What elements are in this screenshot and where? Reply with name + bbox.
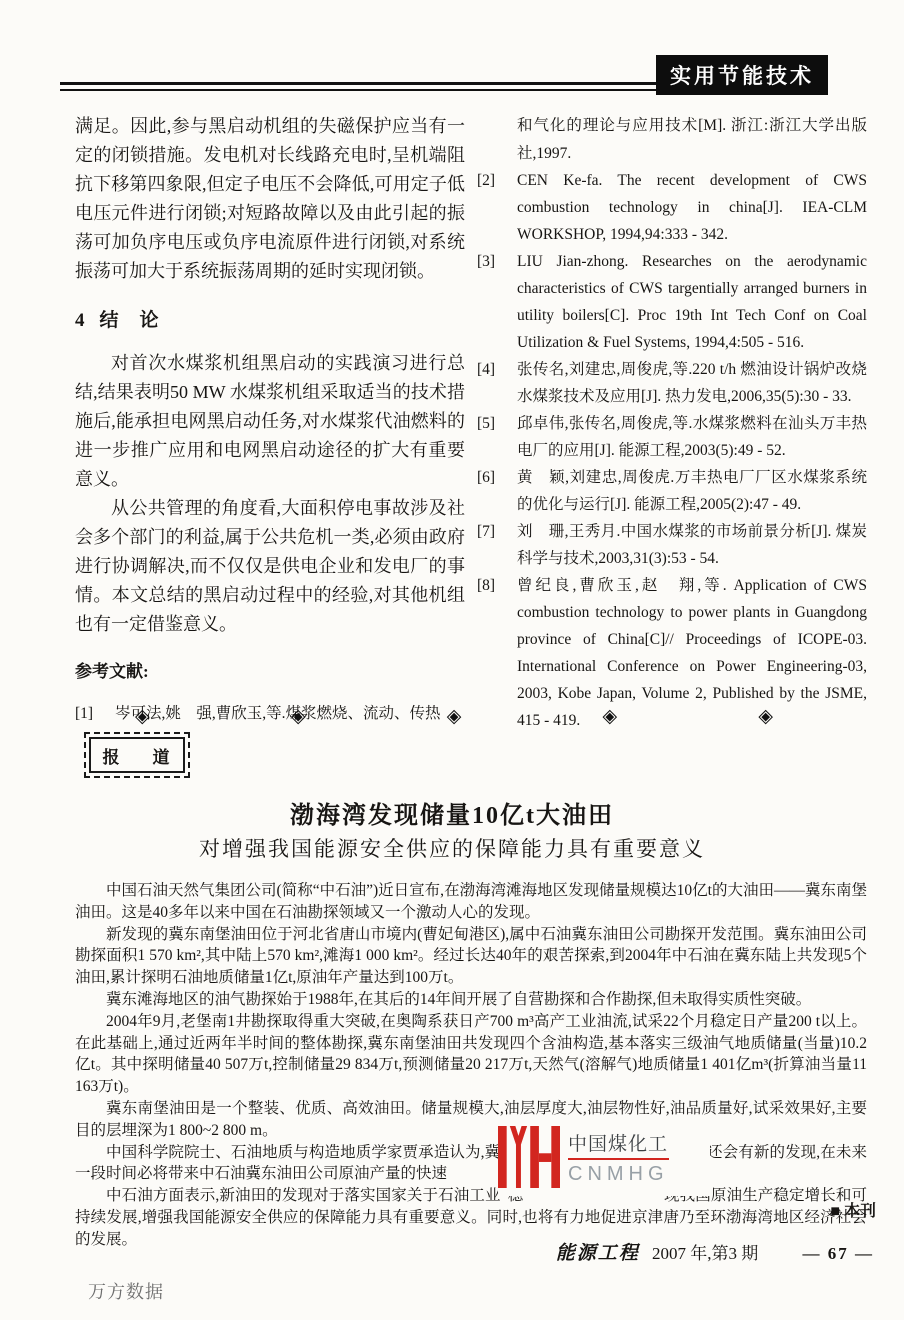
cnmhg-logo-icon xyxy=(498,1124,560,1190)
reference-label: [6] xyxy=(477,464,517,518)
reference-text: 邱卓伟,张传名,周俊虎,等.水煤浆燃料在汕头万丰热电厂的应用[J]. 能源工程,… xyxy=(517,410,867,464)
reference-item: [2] CEN Ke-fa. The recent development of… xyxy=(477,167,867,248)
section-title: 结 论 xyxy=(100,310,160,331)
reference-text: LIU Jian-zhong. Researches on the aerody… xyxy=(517,248,867,356)
section-number: 4 xyxy=(75,310,86,331)
cnmhg-watermark: 中国煤化工 CNMHG xyxy=(498,1118,710,1196)
news-paragraph: 中国科学院院士、石油地质与构造地质学家贾承造认为,冀东南 深入,还会有新的发现,… xyxy=(75,1142,867,1186)
diamond-ornament-icon: ◈ xyxy=(291,705,306,728)
news-paragraph: 冀东南堡油田是一个整装、优质、高效油田。储量规模大,油层厚度大,油层物性好,油品… xyxy=(75,1098,867,1142)
reference-item: [7] 刘 珊,王秀月.中国水煤浆的市场前景分析[J]. 煤炭科学与技术,200… xyxy=(477,518,867,572)
reference-item: [6] 黄 颖,刘建忠,周俊虎.万丰热电厂厂区水煤浆系统的优化与运行[J]. 能… xyxy=(477,464,867,518)
reference-item: [4] 张传名,刘建忠,周俊虎,等.220 t/h 燃油设计锅炉改烧水煤浆技术及… xyxy=(477,356,867,410)
diamond-ornament-icon: ◈ xyxy=(447,705,462,728)
news-paragraph: 新发现的冀东南堡油田位于河北省唐山市境内(曹妃甸港区),属中石油冀东油田公司勘探… xyxy=(75,924,867,989)
reference-label: [4] xyxy=(477,356,517,410)
page-number: — 67 — xyxy=(803,1244,875,1263)
reference-item: [5] 邱卓伟,张传名,周俊虎,等.水煤浆燃料在汕头万丰热电厂的应用[J]. 能… xyxy=(477,410,867,464)
left-column: 满足。因此,参与黑启动机组的失磁保护应当有一定的闭锁措施。发电机对长线路充电时,… xyxy=(75,112,465,734)
reference-text: 张传名,刘建忠,周俊虎,等.220 t/h 燃油设计锅炉改烧水煤浆技术及应用[J… xyxy=(517,356,867,410)
news-paragraph: 2004年9月,老堡南1井勘探取得重大突破,在奥陶系获日产700 m³高产工业油… xyxy=(75,1011,867,1098)
reference-text: 刘 珊,王秀月.中国水煤浆的市场前景分析[J]. 煤炭科学与技术,2003,31… xyxy=(517,518,867,572)
news-subtitle: 对增强我国能源安全供应的保障能力具有重要意义 xyxy=(0,833,904,863)
reference-label: [7] xyxy=(477,518,517,572)
reference-item: [3] LIU Jian-zhong. Researches on the ae… xyxy=(477,248,867,356)
watermark-cn-label: 中国煤化工 xyxy=(568,1129,669,1160)
journal-name: 能源工程 xyxy=(556,1243,640,1264)
section-heading: 4结 论 xyxy=(75,306,465,335)
news-paragraph: 中国石油天然气集团公司(简称“中石油”)近日宣布,在渤海湾滩海地区发现储量规模达… xyxy=(75,880,867,924)
watermark-text: 中国煤化工 CNMHG xyxy=(568,1129,669,1186)
page-header: 实用节能技术 xyxy=(0,55,904,95)
diamond-ornament-icon: ◈ xyxy=(758,705,773,728)
diamond-ornament-icon: ◈ xyxy=(135,705,150,728)
two-column-area: 满足。因此,参与黑启动机组的失磁保护应当有一定的闭锁措施。发电机对长线路充电时,… xyxy=(75,112,867,734)
ornament-separator: ◈ ◈ ◈ ◈ ◈ xyxy=(135,705,773,728)
section-tag: 实用节能技术 xyxy=(656,55,828,95)
journal-issue: 2007 年,第3 期 xyxy=(652,1244,758,1263)
reference-label: [3] xyxy=(477,248,517,356)
body-paragraph: 满足。因此,参与黑启动机组的失磁保护应当有一定的闭锁措施。发电机对长线路充电时,… xyxy=(75,112,465,286)
news-byline: ■ 本刊 xyxy=(830,1198,876,1221)
header-double-rule xyxy=(60,82,656,91)
report-badge: 报 道 xyxy=(89,737,185,773)
news-body: 中国石油天然气集团公司(简称“中石油”)近日宣布,在渤海湾滩海地区发现储量规模达… xyxy=(75,880,867,1251)
reference-label: [2] xyxy=(477,167,517,248)
reference-label: [5] xyxy=(477,410,517,464)
references-heading: 参考文献: xyxy=(75,657,465,686)
right-column: 和气化的理论与应用技术[M]. 浙江:浙江大学出版社,1997. [2] CEN… xyxy=(477,112,867,734)
news-paragraph: 冀东滩海地区的油气勘探始于1988年,在其后的14年间开展了自营勘探和合作勘探,… xyxy=(75,989,867,1011)
reference-text: 黄 颖,刘建忠,周俊虎.万丰热电厂厂区水煤浆系统的优化与运行[J]. 能源工程,… xyxy=(517,464,867,518)
reference-continuation: 和气化的理论与应用技术[M]. 浙江:浙江大学出版社,1997. xyxy=(477,112,867,167)
wanfang-data-mark: 万方数据 xyxy=(88,1278,164,1304)
journal-page: 实用节能技术 满足。因此,参与黑启动机组的失磁保护应当有一定的闭锁措施。发电机对… xyxy=(0,0,904,1320)
body-paragraph: 从公共管理的角度看,大面积停电事故涉及社会多个部门的利益,属于公共危机一类,必须… xyxy=(75,494,465,639)
page-footer: 能源工程 2007 年,第3 期 — 67 — xyxy=(556,1238,874,1265)
body-paragraph: 对首次水煤浆机组黑启动的实践演习进行总结,结果表明50 MW 水煤浆机组采取适当… xyxy=(75,349,465,494)
news-title: 渤海湾发现储量10亿t大油田 xyxy=(0,795,904,830)
watermark-en-label: CNMHG xyxy=(568,1163,669,1186)
reference-text: CEN Ke-fa. The recent development of CWS… xyxy=(517,167,867,248)
reference-label: [1] xyxy=(75,700,115,727)
diamond-ornament-icon: ◈ xyxy=(603,705,618,728)
